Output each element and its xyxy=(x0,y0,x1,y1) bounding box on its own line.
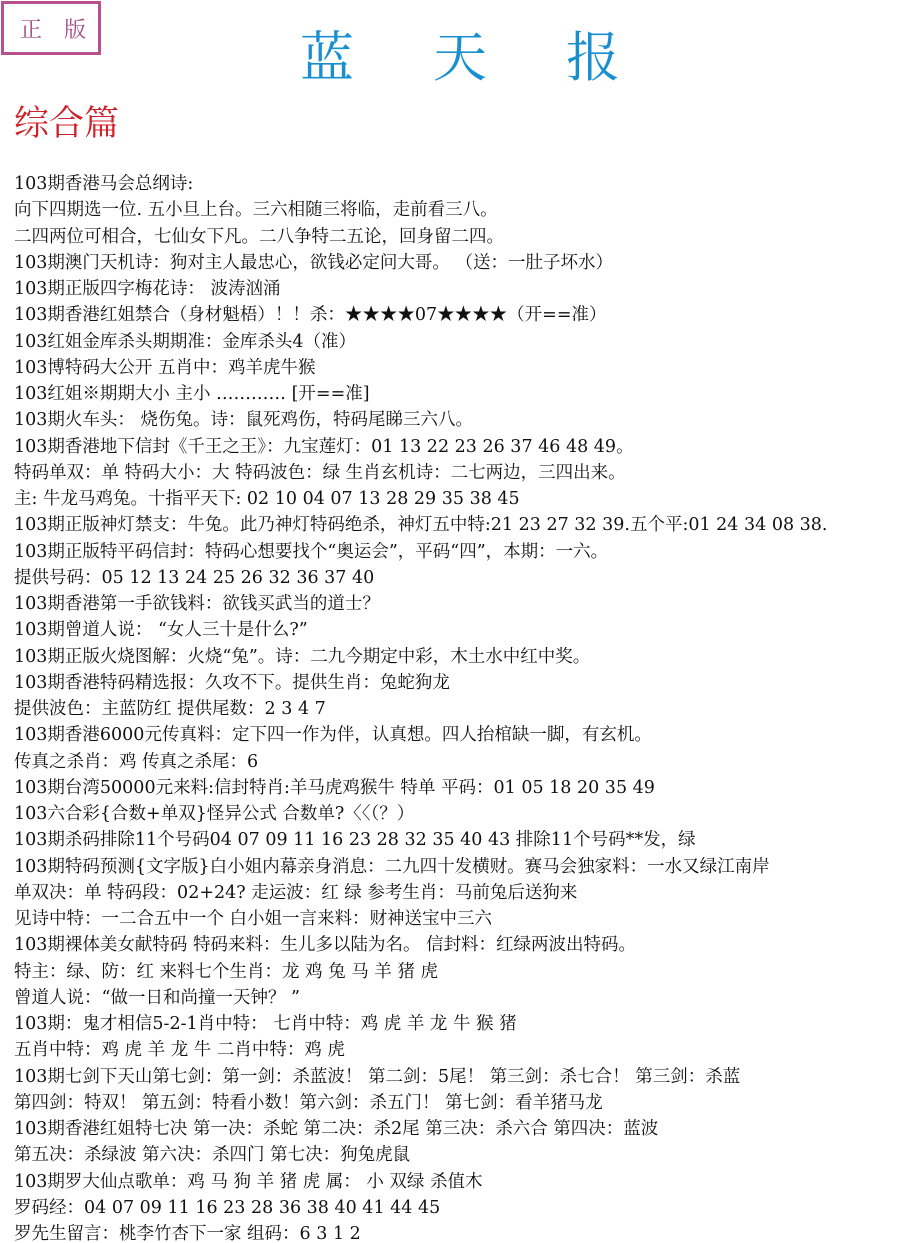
text-line: 103期香港地下信封《千王之王》：九宝莲灯：01 13 22 23 26 37 … xyxy=(14,434,900,460)
text-line: 主: 牛龙马鸡兔。十指平天下: 02 10 04 07 13 28 29 35 … xyxy=(14,486,900,512)
text-line: 103期台湾50000元来料:信封特肖:羊马虎鸡猴牛 特单 平码：01 05 1… xyxy=(14,775,900,801)
text-line: 单双决：单 特码段：02+24? 走运波：红 绿 参考生肖：马前兔后送狗来 xyxy=(14,880,900,906)
text-line: 向下四期选一位. 五小旦上台。三六相随三将临，走前看三八。 xyxy=(14,197,900,223)
text-line: 103期香港特码精选报：久攻不下。提供生肖：兔蛇狗龙 xyxy=(14,670,900,696)
text-line: 103六合彩{合数+单双}怪异公式 合数单?〈〈（？） xyxy=(14,801,900,827)
masthead-char-1: 蓝 xyxy=(300,15,354,92)
text-line: 103期香港红姐禁合（身材魁梧）！！杀：★★★★07★★★★（开==准） xyxy=(14,302,900,328)
text-line: 二四两位可相合，七仙女下凡。二八争特二五论，回身留二四。 xyxy=(14,224,900,250)
text-line: 曾道人说：“做一日和尚撞一天钟？ ” xyxy=(14,985,900,1011)
text-line: 103红姐※期期大小 主小 ………… [开==准] xyxy=(14,381,900,407)
text-line: 第四剑：特双！ 第五剑：特看小数！第六剑：杀五门！ 第七剑：看羊猪马龙 xyxy=(14,1090,900,1116)
text-line: 103期裸体美女献特码 特码来料：生儿多以陆为名。 信封料：红绿两波出特码。 xyxy=(14,932,900,958)
authentic-edition-badge: 正 版 xyxy=(1,1,101,55)
text-line: 罗先生留言：桃李竹杏下一家 组码：6 3 1 2 xyxy=(14,1221,900,1243)
text-line: 传真之杀肖：鸡 传真之杀尾：6 xyxy=(14,749,900,775)
badge-char-ban: 版 xyxy=(64,13,86,44)
text-line: 103期香港6000元传真料：定下四一作为伴，认真想。四人抬棺缺一脚，有玄机。 xyxy=(14,722,900,748)
text-line: 103期香港马会总纲诗: xyxy=(14,171,900,197)
text-line: 103期曾道人说： “女人三十是什么?” xyxy=(14,617,900,643)
masthead-char-3: 报 xyxy=(566,15,620,92)
text-line: 103期正版四字梅花诗： 波涛汹涌 xyxy=(14,276,900,302)
masthead-char-2: 天 xyxy=(433,15,487,92)
newspaper-masthead: 蓝 天 报 xyxy=(300,18,620,88)
text-line: 提供波色：主蓝防红 提供尾数：2 3 4 7 xyxy=(14,696,900,722)
text-line: 103期澳门天机诗：狗对主人最忠心，欲钱必定问大哥。 （送：一肚子坏水） xyxy=(14,250,900,276)
text-line: 特主：绿、防：红 来料七个生肖：龙 鸡 兔 马 羊 猪 虎 xyxy=(14,959,900,985)
text-line: 103期：鬼才相信5-2-1肖中特： 七肖中特：鸡 虎 羊 龙 牛 猴 猪 xyxy=(14,1011,900,1037)
article-body: 103期香港马会总纲诗: 向下四期选一位. 五小旦上台。三六相随三将临，走前看三… xyxy=(14,171,900,1243)
section-title: 综合篇 xyxy=(14,96,119,146)
badge-char-zheng: 正 xyxy=(20,13,42,44)
text-line: 见诗中特：一二合五中一个 白小姐一言来料：财神送宝中三六 xyxy=(14,906,900,932)
text-line: 特码单双：单 特码大小：大 特码波色：绿 生肖玄机诗：二七两边，三四出来。 xyxy=(14,460,900,486)
text-line: 103红姐金库杀头期期准：金库杀头4（准） xyxy=(14,329,900,355)
text-line: 103期火车头： 烧伤兔。诗：鼠死鸡伤，特码尾睇三六八。 xyxy=(14,407,900,433)
text-line: 103期香港第一手欲钱料：欲钱买武当的道士？ xyxy=(14,591,900,617)
text-line: 103期七剑下天山第七剑：第一剑：杀蓝波！ 第二剑：5尾！ 第三剑：杀七合！ 第… xyxy=(14,1064,900,1090)
text-line: 103期正版神灯禁支：牛兔。此乃神灯特码绝杀，神灯五中特:21 23 27 32… xyxy=(14,512,900,538)
text-line: 提供号码：05 12 13 24 25 26 32 36 37 40 xyxy=(14,565,900,591)
text-line: 103期香港红姐特七决 第一决：杀蛇 第二决：杀2尾 第三决：杀六合 第四决：蓝… xyxy=(14,1116,900,1142)
text-line: 第五决：杀绿波 第六决：杀四门 第七决：狗兔虎鼠 xyxy=(14,1142,900,1168)
text-line: 103博特码大公开 五肖中：鸡羊虎牛猴 xyxy=(14,355,900,381)
text-line: 103期正版火烧图解：火烧“兔”。诗：二九今期定中彩，木土水中红中奖。 xyxy=(14,644,900,670)
text-line: 五肖中特：鸡 虎 羊 龙 牛 二肖中特：鸡 虎 xyxy=(14,1037,900,1063)
text-line: 103期正版特平码信封：特码心想要找个“奥运会”，平码“四”，本期：一六。 xyxy=(14,539,900,565)
text-line: 罗码经：04 07 09 11 16 23 28 36 38 40 41 44 … xyxy=(14,1195,900,1221)
text-line: 103期罗大仙点歌单：鸡 马 狗 羊 猪 虎 属： 小 双绿 杀值木 xyxy=(14,1169,900,1195)
text-line: 103期杀码排除11个号码04 07 09 11 16 23 28 32 35 … xyxy=(14,827,900,853)
text-line: 103期特码预测{文字版}白小姐内幕亲身消息：二九四十发横财。赛马会独家料：一水… xyxy=(14,854,900,880)
